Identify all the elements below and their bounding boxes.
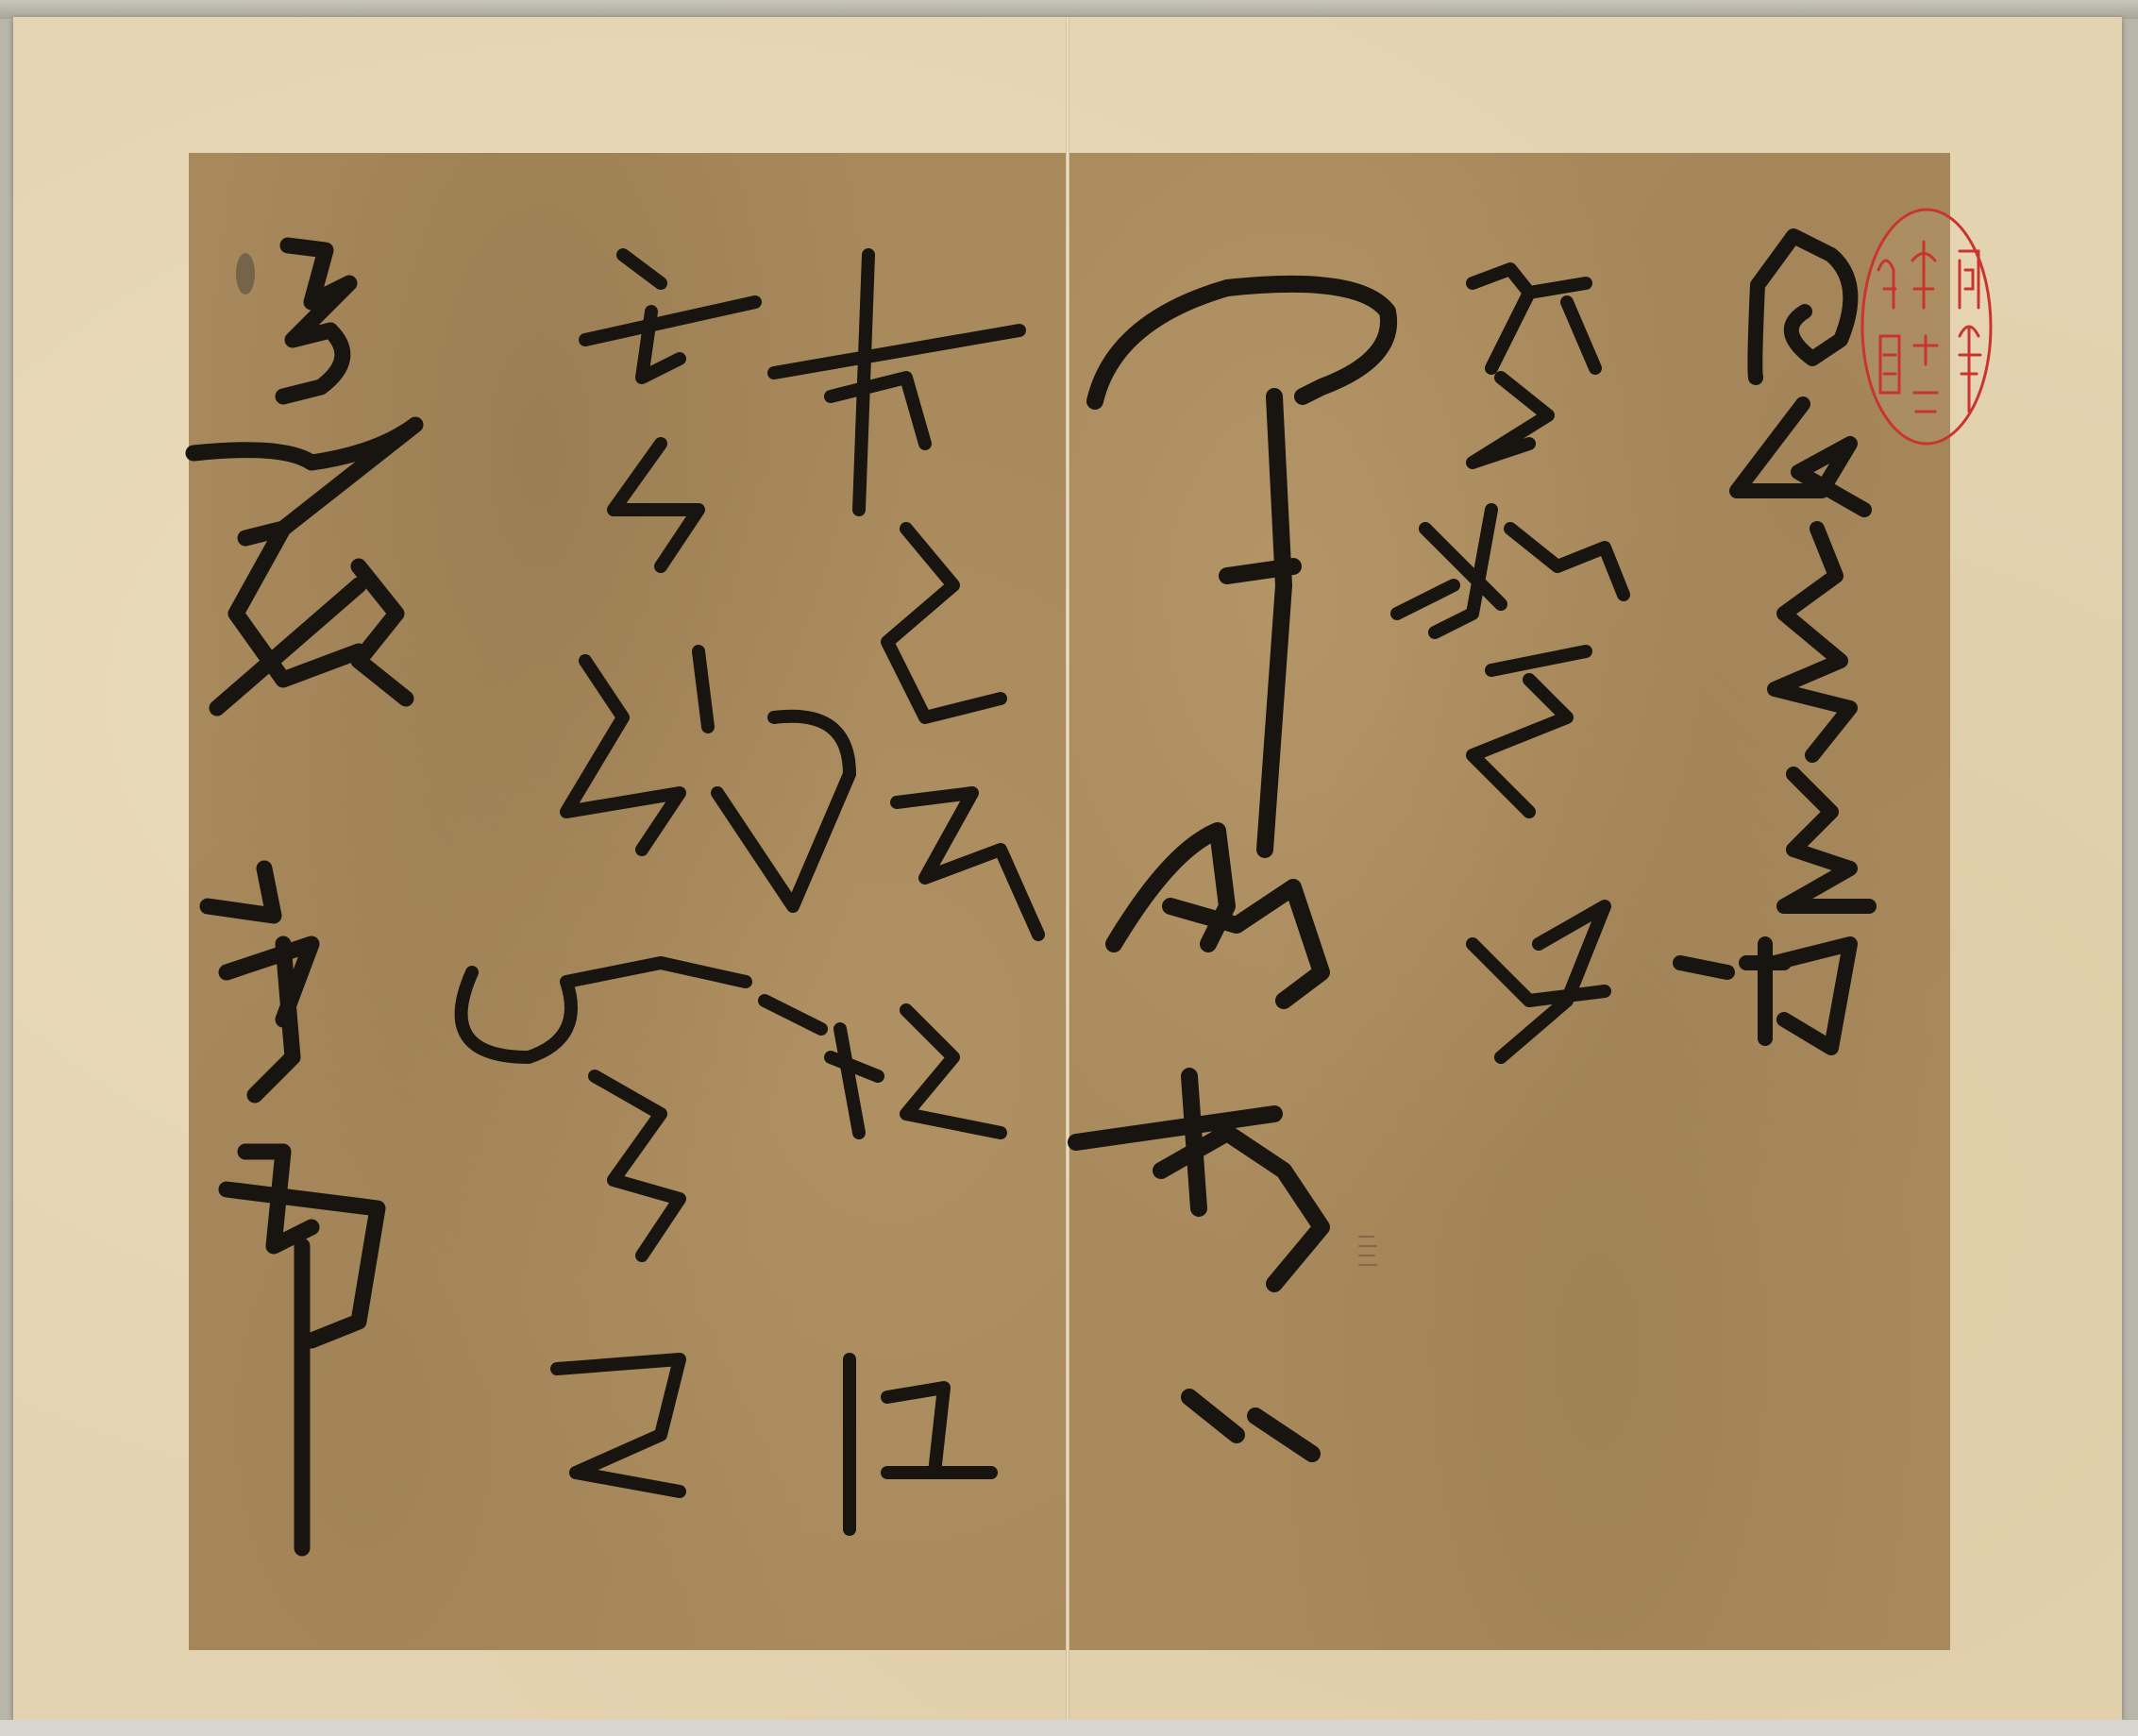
ink-stain	[236, 253, 255, 295]
calligraphy-ink-strokes	[0, 0, 2138, 1736]
column-2	[1397, 269, 1624, 1057]
imperial-seal	[1858, 204, 1995, 449]
column-7	[194, 245, 415, 1548]
faint-half-seal	[1359, 1237, 1376, 1265]
column-4	[774, 255, 1038, 1529]
column-1	[1680, 236, 1869, 1048]
column-5	[462, 255, 755, 1492]
column-3	[1076, 284, 1389, 1454]
